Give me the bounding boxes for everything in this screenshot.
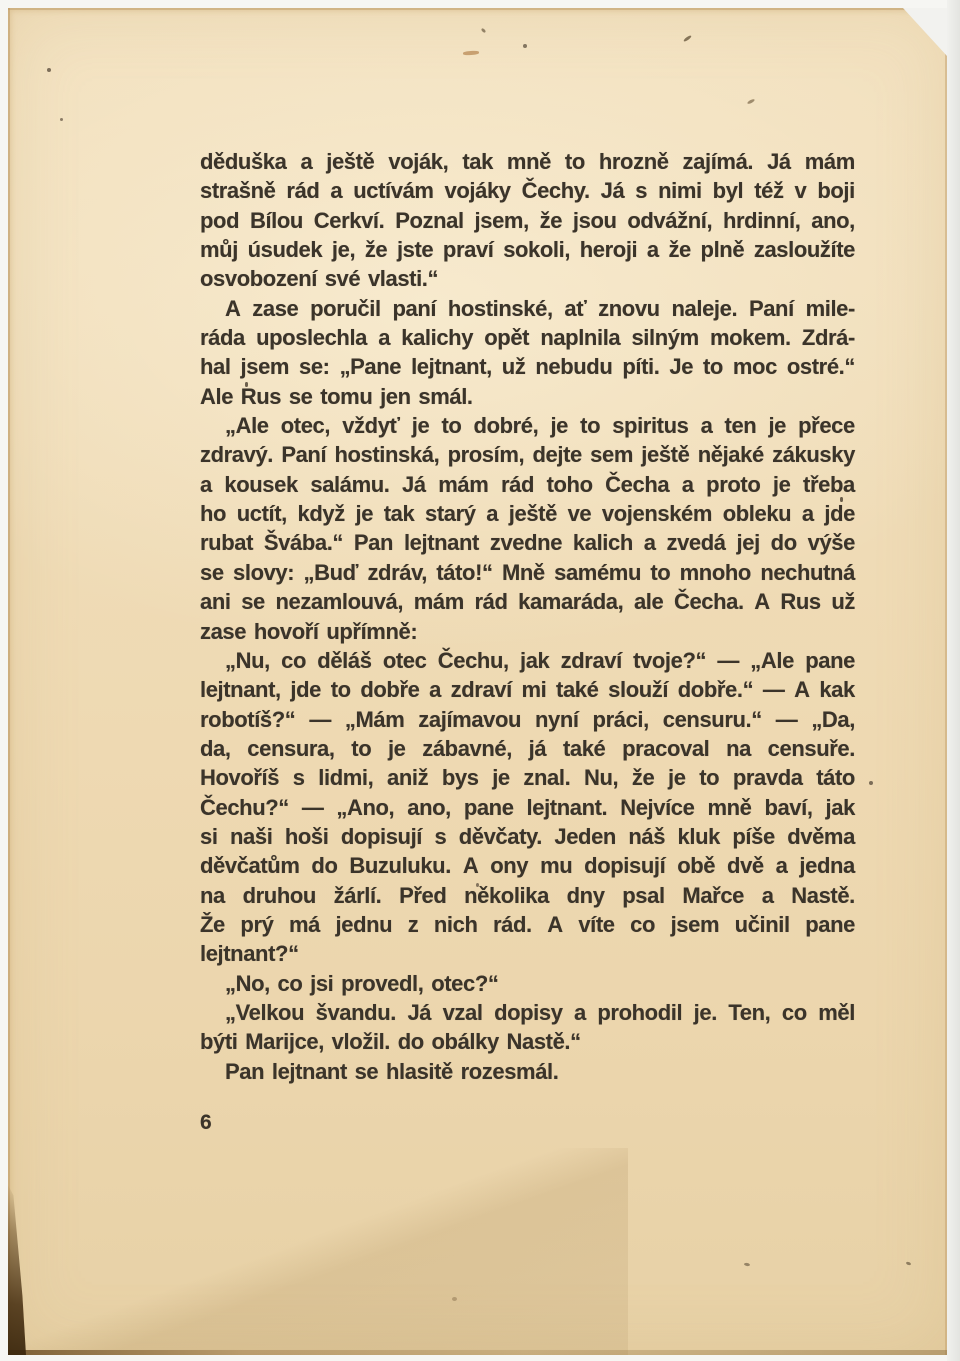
word: „Pane <box>340 352 402 381</box>
text-line: nadruhoužárlí.PředněkolikadnypsalMařceaN… <box>200 881 855 910</box>
word: táto <box>816 763 855 792</box>
word: boji <box>817 176 855 205</box>
word: už <box>831 587 855 616</box>
word: Je <box>669 352 693 381</box>
word: co <box>782 998 807 1027</box>
word: Švába.“ <box>264 528 343 557</box>
word: ten <box>725 411 757 440</box>
word: a <box>330 176 342 205</box>
word: zajímavou <box>418 705 521 734</box>
word: Bílou <box>250 206 303 235</box>
word: švandu. <box>316 998 396 1027</box>
word: že <box>668 235 690 264</box>
text-line: houctít,kdyžjetakstarýaještěvevojenskémo… <box>200 499 855 528</box>
word: děvčaty. <box>459 822 542 851</box>
word: jde <box>290 675 321 704</box>
word: zákusky <box>772 440 855 469</box>
word: víte <box>578 910 614 939</box>
word: je <box>550 411 568 440</box>
word: A <box>225 294 241 323</box>
word: „Velkou <box>225 998 304 1027</box>
word: to <box>331 675 351 704</box>
word: nějaké <box>698 440 764 469</box>
word: já <box>529 734 547 763</box>
word: jsem <box>241 352 290 381</box>
paper-speck <box>906 1261 912 1266</box>
word: ani <box>200 587 231 616</box>
word: s <box>293 763 305 792</box>
word: to <box>565 147 585 176</box>
word: v <box>795 176 807 205</box>
word: dvě <box>727 851 764 880</box>
text-line: děvčatůmdoBuzuluku.Aonymudopisujíobědvěa… <box>200 851 855 880</box>
word: ony <box>490 851 528 880</box>
word: slovy: <box>233 558 294 587</box>
paper-edge-shadow <box>8 1185 26 1355</box>
word: censura, <box>247 734 334 763</box>
word: Nu, <box>584 763 618 792</box>
word: je <box>492 763 510 792</box>
text-line: Hovoříšslidmi,anižbysjeznal.Nu,žejetopra… <box>200 763 855 792</box>
word: ještě <box>326 147 374 176</box>
word: mám <box>414 587 464 616</box>
word: uctívám <box>353 176 433 205</box>
word: děláš <box>317 646 371 675</box>
word: jak <box>520 646 549 675</box>
text-line: „Aleotec,vždyťjetodobré,jetospiritusaten… <box>200 411 855 440</box>
word: — <box>763 675 785 704</box>
word: druhou <box>243 881 316 910</box>
word: tvoje?“ <box>633 646 706 675</box>
word: co <box>630 910 655 939</box>
word: „Mám <box>345 705 405 734</box>
text-line: haljsemse:„Panelejtnant,užnebudupíti.Jet… <box>200 352 855 381</box>
text-block: děduškaaještěvoják,takmnětohroznězajímá.… <box>200 147 855 1086</box>
word: samému <box>554 558 641 587</box>
word: několika <box>464 881 549 910</box>
word: si <box>200 822 218 851</box>
word: aniž <box>387 763 428 792</box>
word: hrdinní, <box>723 206 800 235</box>
text-line: „Velkoušvandu.Jávzaldopisyaprohodilje.Te… <box>200 998 855 1027</box>
paper-corner-cut <box>903 8 947 56</box>
word: naleje. <box>672 294 738 323</box>
word: otec, <box>281 411 330 440</box>
word: úsudek <box>248 235 323 264</box>
word: obleku <box>723 499 792 528</box>
scanner-margin-right <box>947 0 960 1361</box>
word: dobře.“ <box>678 675 753 704</box>
word: rád <box>501 470 534 499</box>
text-line: „No, co jsi provedl, otec?“ <box>200 969 855 998</box>
word: „Ale <box>750 646 794 675</box>
word: ráda <box>200 323 245 352</box>
word: A <box>463 851 479 880</box>
text-line: zdravý.Paníhostinská,prosím,dejtesemješt… <box>200 440 855 469</box>
word: píše <box>732 822 774 851</box>
word: zvedá <box>666 528 725 557</box>
paper-speck <box>744 1263 750 1267</box>
word: kalich <box>573 528 633 557</box>
word: lejtnant. <box>527 793 608 822</box>
word: „Ale <box>225 411 269 440</box>
word: na <box>726 734 751 763</box>
paper-speck <box>463 50 479 55</box>
word: rubat <box>200 528 253 557</box>
word: píti. <box>622 352 659 381</box>
word: to <box>699 763 719 792</box>
text-line: rubatŠvába.“Panlejtnantzvednekalichazved… <box>200 528 855 557</box>
word: ostré.“ <box>787 352 855 381</box>
word: hal <box>200 352 231 381</box>
word: třeba <box>803 470 855 499</box>
word: Před <box>399 881 446 910</box>
word: do <box>311 851 337 880</box>
word: mokem. <box>710 323 791 352</box>
word: nezamlouvá, <box>275 587 403 616</box>
word: mám <box>438 470 488 499</box>
word: zdraví <box>451 675 512 704</box>
word: je <box>768 411 786 440</box>
word: zdravý. <box>200 440 273 469</box>
word: prohodil <box>597 998 682 1027</box>
word: žárlí. <box>334 881 382 910</box>
word: se: <box>299 352 330 381</box>
paper-speck <box>47 68 51 72</box>
paper-speck <box>481 28 487 34</box>
word: Poznal <box>395 206 464 235</box>
word: zábavné, <box>422 734 512 763</box>
word: dopisy <box>494 998 563 1027</box>
word: ještě <box>509 499 557 528</box>
text-line: můjúsudekje,žejstepravísokoli,herojiažep… <box>200 235 855 264</box>
text-line: seslovy:„Buďzdráv,táto!“Mněsamémutomnoho… <box>200 558 855 587</box>
word: lidmi, <box>318 763 373 792</box>
word: hostinské, <box>448 294 553 323</box>
text-line: zase hovoří upřímně: <box>200 617 855 646</box>
word: zasloužíte <box>754 235 855 264</box>
word: da, <box>200 734 231 763</box>
word: Hovoříš <box>200 763 279 792</box>
word: pane <box>805 910 855 939</box>
text-line: býti Marijce, vložil. do obálky Nastě.“ <box>200 1027 855 1056</box>
word: Buzuluku. <box>349 851 451 880</box>
word: z <box>408 910 419 939</box>
paper-speck <box>869 781 873 785</box>
word: a <box>378 323 390 352</box>
word: kalichy <box>401 323 473 352</box>
word: je <box>773 470 791 499</box>
word: Čecha. <box>674 587 744 616</box>
word: ho <box>200 499 226 528</box>
word: také <box>556 675 598 704</box>
word: A <box>794 675 810 704</box>
word: Já <box>402 470 426 499</box>
word: jej <box>737 528 760 557</box>
word: a <box>486 499 498 528</box>
word: znovu <box>598 294 660 323</box>
word: dopisují <box>341 822 422 851</box>
word: A <box>754 587 770 616</box>
text-line: „Nu,codělášotecČechu,jakzdravítvoje?“—„A… <box>200 646 855 675</box>
word: Jeden <box>554 822 616 851</box>
word: prosím, <box>448 440 525 469</box>
word: nyní <box>535 705 579 734</box>
word: Pan <box>354 528 393 557</box>
word: strašně <box>200 176 275 205</box>
word: silným <box>631 323 698 352</box>
word: obě <box>677 851 715 880</box>
word: a <box>200 470 212 499</box>
word: censuru.“ <box>663 705 762 734</box>
word: je, <box>332 235 355 264</box>
word: Čechy. <box>522 176 590 205</box>
page-number: 6 <box>200 1108 212 1137</box>
text-line: strašněrádauctívámvojákyČechy.Jásnimibyl… <box>200 176 855 205</box>
word: Paní <box>749 294 794 323</box>
word: Ten, <box>728 998 770 1027</box>
word: plně <box>701 235 745 264</box>
word: dobře <box>360 675 419 704</box>
word: je <box>668 763 686 792</box>
word: lejtnant, <box>200 675 281 704</box>
word: „Buď <box>304 558 359 587</box>
word: Já <box>601 176 625 205</box>
word: otec <box>383 646 427 675</box>
text-line: děduškaaještěvoják,takmnětohroznězajímá.… <box>200 147 855 176</box>
word: že <box>632 763 654 792</box>
word: naši <box>230 822 272 851</box>
word: Mařce <box>682 881 744 910</box>
word: mi <box>522 675 547 704</box>
word: Mně <box>502 558 545 587</box>
word: hoši <box>285 822 329 851</box>
word: táto!“ <box>436 558 492 587</box>
word: přece <box>798 411 855 440</box>
word: a <box>644 528 656 557</box>
word: s <box>635 176 647 205</box>
word: ve <box>568 499 592 528</box>
word: se <box>241 587 265 616</box>
word: že <box>365 235 387 264</box>
word: — <box>717 646 739 675</box>
text-line: rádauposlechlaakalichyopětnaplnilasilným… <box>200 323 855 352</box>
word: salámu. <box>310 470 389 499</box>
word: a <box>300 147 312 176</box>
word: ale <box>634 587 663 616</box>
word: a <box>682 470 694 499</box>
text-line: Pan lejtnant se hlasitě rozesmál. <box>200 1057 855 1086</box>
word: Já <box>407 998 431 1027</box>
word: pracoval <box>622 734 709 763</box>
word: nimi <box>658 176 702 205</box>
word: slouží <box>608 675 668 704</box>
word: to <box>351 734 371 763</box>
paper-edge-right <box>945 8 947 1355</box>
word: lejtnant, <box>411 352 492 381</box>
text-line: robotíš?“—„Mámzajímavounynípráci,censuru… <box>200 705 855 734</box>
word: též <box>754 176 783 205</box>
paper-speck <box>747 98 755 104</box>
word: to <box>580 411 600 440</box>
word: zvedne <box>490 528 562 557</box>
word: už <box>502 352 526 381</box>
word: praví <box>443 235 494 264</box>
word: do <box>771 528 797 557</box>
word: sem <box>590 440 633 469</box>
word: Čechu, <box>438 646 509 675</box>
text-line: lejtnant,jdetodobřeazdravímitakésloužído… <box>200 675 855 704</box>
word: Cerkví. <box>314 206 385 235</box>
word: že <box>540 206 562 235</box>
word: nich <box>434 910 478 939</box>
paper-fold-shadow <box>8 1148 628 1355</box>
word: co <box>281 646 306 675</box>
word: je <box>412 411 430 440</box>
word: můj <box>200 235 238 264</box>
word: kluk <box>678 822 720 851</box>
word: „Nu, <box>225 646 270 675</box>
word: rád <box>286 176 319 205</box>
word: spiritus <box>612 411 688 440</box>
word: mně <box>707 793 751 822</box>
word: Paní <box>281 440 326 469</box>
word: prý <box>240 910 273 939</box>
word: dvěma <box>787 822 855 851</box>
word: jste <box>397 235 433 264</box>
paper-speck <box>683 35 692 43</box>
word: mám <box>805 147 855 176</box>
paper-speck <box>523 44 527 48</box>
text-line: Čechu?“—„Ano,ano,panelejtnant.Nejvícemně… <box>200 793 855 822</box>
word: práci, <box>593 705 649 734</box>
word: vždyť <box>342 411 399 440</box>
word: robotíš?“ <box>200 705 295 734</box>
word: je <box>356 499 374 528</box>
word: — <box>309 705 331 734</box>
word: jednu <box>336 910 393 939</box>
word: mnoho <box>680 558 751 587</box>
text-line: anisenezamlouvá,mámrádkamaráda,aleČecha.… <box>200 587 855 616</box>
word: sokoli, <box>503 235 570 264</box>
word: dejte <box>533 440 582 469</box>
word: Rus <box>780 587 820 616</box>
word: když <box>298 499 345 528</box>
word: baví, <box>764 793 812 822</box>
word: zase <box>252 294 298 323</box>
word: jsem, <box>475 206 529 235</box>
word: vzal <box>443 998 483 1027</box>
word: dopisují <box>584 851 665 880</box>
word: moc <box>733 352 777 381</box>
word: je. <box>694 998 717 1027</box>
word: — <box>302 793 324 822</box>
word: — <box>776 705 798 734</box>
word: tak <box>384 499 415 528</box>
word: bys <box>442 763 479 792</box>
word: na <box>200 881 225 910</box>
word: jedna <box>799 851 854 880</box>
word: heroji <box>580 235 638 264</box>
word: a <box>574 998 586 1027</box>
word: censuře. <box>768 734 855 763</box>
word: a <box>776 851 788 880</box>
word: to <box>703 352 723 381</box>
word: a <box>647 235 659 264</box>
text-line: osvobození své vlasti.“ <box>200 264 855 293</box>
paper-edge-left <box>8 8 10 1355</box>
word: rád <box>474 587 507 616</box>
word: dny <box>567 881 605 910</box>
word: psal <box>622 881 664 910</box>
word: starý <box>425 499 476 528</box>
text-line: akouseksalámu.JámámrádtohoČechaaprotojet… <box>200 470 855 499</box>
word: Čecha <box>605 470 669 499</box>
word: pravda <box>733 763 803 792</box>
word: a <box>429 675 441 704</box>
book-page-paper: děduškaaještěvoják,takmnětohroznězajímá.… <box>8 8 947 1355</box>
text-line: Ale Rus se tomu jen smál. <box>200 382 855 411</box>
word: se <box>200 558 224 587</box>
word: jak <box>826 793 855 822</box>
word: kamaráda, <box>518 587 623 616</box>
word: „Da, <box>811 705 855 734</box>
word: vojenském <box>602 499 712 528</box>
word: náš <box>628 822 665 851</box>
text-line: podBílouCerkví.Poznaljsem,žejsouodvážní,… <box>200 206 855 235</box>
word: mile- <box>806 294 855 323</box>
word: A <box>547 910 563 939</box>
word: odvážní, <box>627 206 712 235</box>
text-line: sinašihošidopisujísděvčaty.Jedennášklukp… <box>200 822 855 851</box>
scanned-book-page-screenshot: { "page": { "number": "6", "lines": [ { … <box>0 0 960 1361</box>
word: ať <box>564 294 586 323</box>
word: děduška <box>200 147 286 176</box>
word: má <box>289 910 320 939</box>
paper-edge-top <box>8 8 947 10</box>
word: a <box>762 881 774 910</box>
word: vojáky <box>445 176 511 205</box>
word: uctít, <box>237 499 287 528</box>
word: naplnila <box>540 323 620 352</box>
word: dobré, <box>474 411 539 440</box>
word: ano, <box>811 206 855 235</box>
word: hostinská, <box>334 440 439 469</box>
text-line: Azaseporučilpaníhostinské,aťznovunaleje.… <box>200 294 855 323</box>
word: to <box>441 411 461 440</box>
text-line: Žeprýmájednuznichrád.Avítecojsemučinilpa… <box>200 910 855 939</box>
word: zdraví <box>561 646 622 675</box>
word: mně <box>507 147 551 176</box>
word: „Ano, <box>336 793 394 822</box>
word: ještě <box>641 440 689 469</box>
word: učinil <box>735 910 790 939</box>
paper-speck <box>60 118 63 121</box>
word: a <box>701 411 713 440</box>
word: výše <box>808 528 855 557</box>
word: pane <box>805 646 855 675</box>
word: Čechu?“ <box>200 793 289 822</box>
word: Nejvíce <box>620 793 694 822</box>
word: rád. <box>493 910 532 939</box>
word: poručil <box>310 294 381 323</box>
word: Nastě. <box>791 881 855 910</box>
word: to <box>650 558 670 587</box>
word: jsem <box>671 910 720 939</box>
word: kak <box>819 675 855 704</box>
word: Zdrá- <box>802 323 855 352</box>
paper-edge-bottom <box>8 1350 947 1355</box>
